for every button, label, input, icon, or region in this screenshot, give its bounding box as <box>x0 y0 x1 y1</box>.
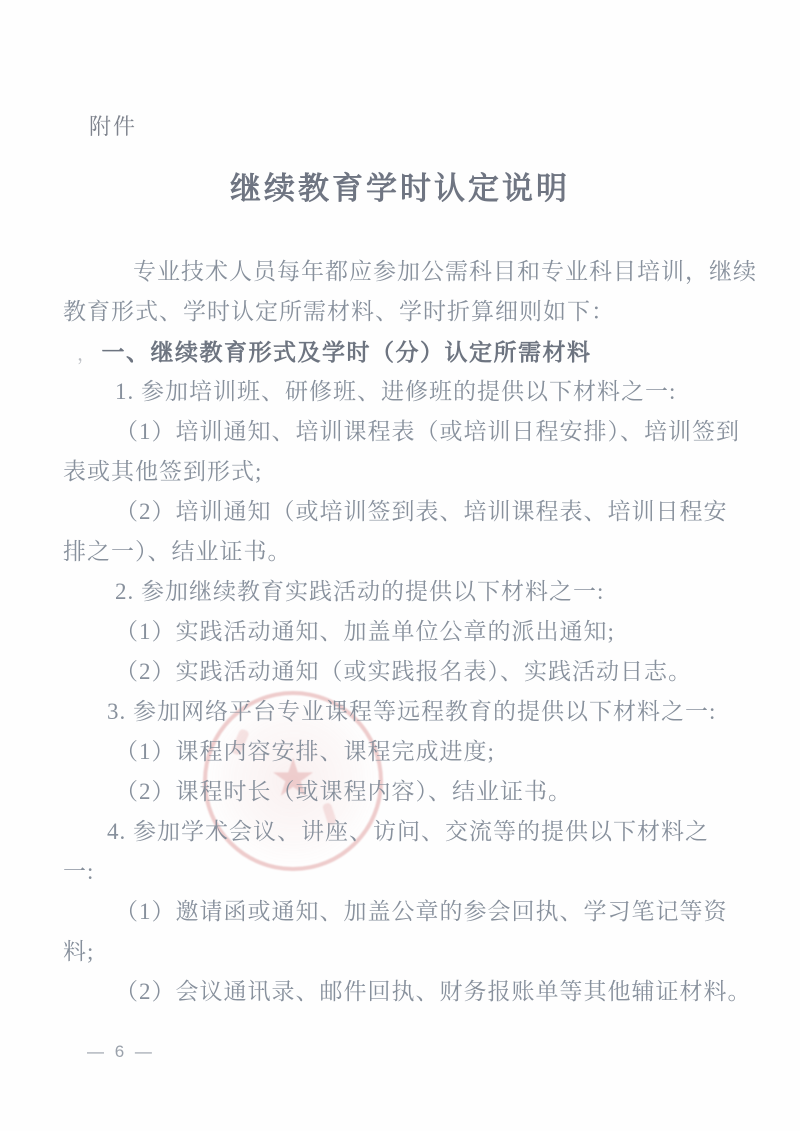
document-line: （1）培训通知、培训课程表（或培训日程安排）、培训签到 <box>63 412 753 452</box>
document-line: 料; <box>63 932 753 972</box>
line-text: 1. 参加培训班、研修班、进修班的提供以下材料之一: <box>115 379 676 404</box>
document-line: 专业技术人员每年都应参加公需科目和专业科目培训，继续 <box>63 252 753 292</box>
page-number: — 6 — <box>87 1042 155 1062</box>
line-text: 一、继续教育形式及学时（分）认定所需材料 <box>102 339 592 365</box>
document-line: 4. 参加学术会议、讲座、访问、交流等的提供以下材料之 <box>63 812 753 852</box>
attachment-label: 附件 <box>89 110 137 141</box>
line-text: 表或其他签到形式; <box>63 459 262 484</box>
document-line: ，一、继续教育形式及学时（分）认定所需材料 <box>63 332 753 372</box>
scan-artifact-mark: ， <box>77 344 98 365</box>
document-line: （2）课程时长（或课程内容）、结业证书。 <box>63 772 753 812</box>
document-line: （1）邀请函或通知、加盖公章的参会回执、学习笔记等资 <box>63 892 753 932</box>
line-text: （1）课程内容安排、课程完成进度; <box>115 739 495 764</box>
line-text: （2）会议通讯录、邮件回执、财务报账单等其他辅证材料。 <box>115 979 752 1004</box>
line-text: 4. 参加学术会议、讲座、访问、交流等的提供以下材料之 <box>107 819 709 844</box>
document-line: 1. 参加培训班、研修班、进修班的提供以下材料之一: <box>63 372 753 412</box>
document-line: 教育形式、学时认定所需材料、学时折算细则如下： <box>63 292 753 332</box>
document-line: （2）培训通知（或培训签到表、培训课程表、培训日程安 <box>63 492 753 532</box>
document-body: 专业技术人员每年都应参加公需科目和专业科目培训，继续教育形式、学时认定所需材料、… <box>63 252 753 1012</box>
document-line: （1）课程内容安排、课程完成进度; <box>63 732 753 772</box>
line-text: （2）实践活动通知（或实践报名表）、实践活动日志。 <box>115 659 692 684</box>
document-page: 附件 继续教育学时认定说明 ★ 专业技术人员每年都应参加公需科目和专业科目培训，… <box>0 0 800 1131</box>
line-text: 排之一）、结业证书。 <box>63 539 292 564</box>
line-text: 3. 参加网络平台专业课程等远程教育的提供以下材料之一: <box>107 699 716 724</box>
line-text: （1）邀请函或通知、加盖公章的参会回执、学习笔记等资 <box>115 899 728 924</box>
line-text: （1）实践活动通知、加盖单位公章的派出通知; <box>115 619 615 644</box>
line-text: （2）课程时长（或课程内容）、结业证书。 <box>115 779 572 804</box>
document-line: 排之一）、结业证书。 <box>63 532 753 572</box>
document-line: 一: <box>63 852 753 892</box>
line-text: 一: <box>63 859 94 884</box>
document-line: （2）实践活动通知（或实践报名表）、实践活动日志。 <box>63 652 753 692</box>
line-text: 专业技术人员每年都应参加公需科目和专业科目培训，继续 <box>133 259 757 284</box>
line-text: 教育形式、学时认定所需材料、学时折算细则如下： <box>63 299 615 324</box>
document-line: （1）实践活动通知、加盖单位公章的派出通知; <box>63 612 753 652</box>
document-line: 2. 参加继续教育实践活动的提供以下材料之一: <box>63 572 753 612</box>
line-text: 料; <box>63 939 94 964</box>
line-text: （1）培训通知、培训课程表（或培训日程安排）、培训签到 <box>115 419 740 444</box>
document-title: 继续教育学时认定说明 <box>0 163 800 208</box>
line-text: （2）培训通知（或培训签到表、培训课程表、培训日程安 <box>115 499 728 524</box>
document-line: 表或其他签到形式; <box>63 452 753 492</box>
line-text: 2. 参加继续教育实践活动的提供以下材料之一: <box>115 579 604 604</box>
document-line: （2）会议通讯录、邮件回执、财务报账单等其他辅证材料。 <box>63 972 753 1012</box>
document-line: 3. 参加网络平台专业课程等远程教育的提供以下材料之一: <box>63 692 753 732</box>
